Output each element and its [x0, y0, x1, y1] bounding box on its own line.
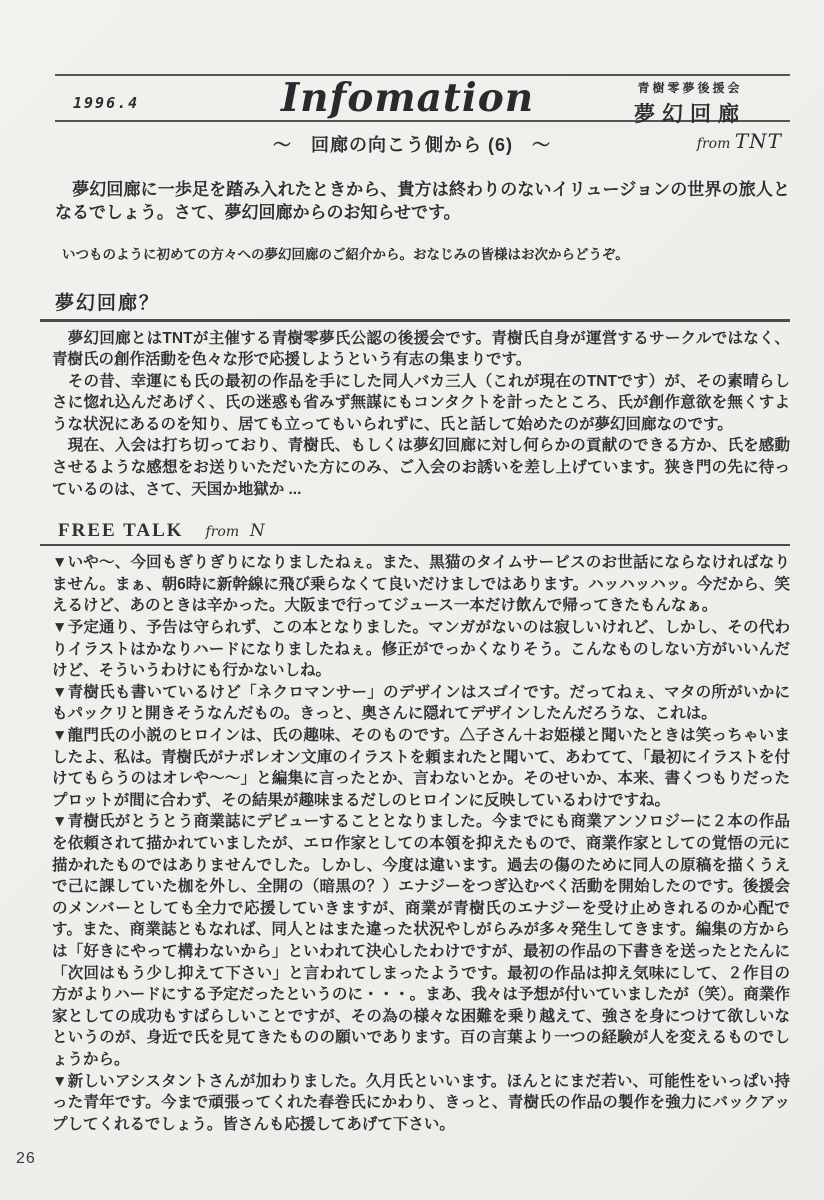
about-paragraph: 夢幻回廊とはTNTが主催する青樹零夢氏公認の後援会です。青樹氏自身が運営するサー… — [52, 328, 790, 371]
intro-lead: 夢幻回廊に一歩足を踏み入れたときから、貴方は終わりのないイリュージョンの世界の旅… — [55, 179, 790, 224]
subtitle-row: ～ 回廊の向こう側から (6) ～ from TNT — [0, 125, 824, 159]
free-talk-item: ▼いや～、今回もぎりぎりになりましたねぇ。また、黒猫のタイムサービスのお世話にな… — [52, 552, 790, 617]
club-name-block: 青樹零夢後援会 夢幻回廊 — [590, 76, 790, 120]
free-talk-item: ▼予定通り、予告は守られず、この本となりました。マンガがないのは寂しいけれど、し… — [52, 617, 790, 682]
page-title: Infomation — [225, 76, 590, 120]
free-talk-item: ▼新しいアシスタントさんが加わりました。久月氏といいます。ほんとにまだ若い、可能… — [52, 1071, 790, 1136]
club-name-small: 青樹零夢後援会 — [590, 79, 790, 96]
club-name-large: 夢幻回廊 — [590, 98, 790, 128]
header-row: 1996.4 Infomation 青樹零夢後援会 夢幻回廊 — [55, 76, 790, 120]
free-talk-body: ▼いや～、今回もぎりぎりになりましたねぇ。また、黒猫のタイムサービスのお世話にな… — [52, 552, 790, 1135]
free-talk-item: ▼龍門氏の小説のヒロインは、氏の趣味、そのものです。△子さん＋お姫様と聞いたとき… — [52, 725, 790, 811]
free-talk-item: ▼青樹氏も書いているけど「ネクロマンサー」のデザインはスゴイです。だってねぇ、マ… — [52, 682, 790, 725]
scanned-newsletter-page: 1996.4 Infomation 青樹零夢後援会 夢幻回廊 ～ 回廊の向こう側… — [0, 0, 824, 1200]
about-paragraph: その昔、幸運にも氏の最初の作品を手にした同人バカ三人（これが現在のTNTです）が… — [52, 371, 790, 436]
byline-from: from — [697, 136, 731, 152]
free-talk-byline-from: from — [206, 524, 240, 540]
free-talk-byline-name: N — [250, 521, 265, 541]
issue-date: 1996.4 — [55, 76, 225, 120]
header: 1996.4 Infomation 青樹零夢後援会 夢幻回廊 ～ 回廊の向こう側… — [0, 0, 824, 159]
free-talk-heading: FREE TALKfrom N — [58, 520, 790, 542]
about-paragraph: 現在、入会は打ち切っており、青樹氏、もしくは夢幻回廊に対し何らかの貢献のできる方… — [52, 435, 790, 500]
byline-name: TNT — [735, 129, 782, 153]
header-byline: from TNT — [697, 129, 782, 153]
intro-note: いつものように初めての方々への夢幻回廊のご紹介から。おなじみの皆様はお次からどう… — [62, 246, 790, 264]
page-number: 26 — [16, 1150, 36, 1168]
free-talk-item: ▼青樹氏がとうとう商業誌にデビューすることとなりました。今までにも商業アンソロジ… — [52, 811, 790, 1070]
about-section-body: 夢幻回廊とはTNTが主催する青樹零夢氏公認の後援会です。青樹氏自身が運営するサー… — [52, 328, 790, 501]
free-talk-title: FREE TALK — [58, 520, 184, 541]
about-section-rule — [40, 319, 790, 322]
about-section-heading: 夢幻回廊？ — [55, 288, 790, 315]
free-talk-rule — [40, 544, 790, 546]
